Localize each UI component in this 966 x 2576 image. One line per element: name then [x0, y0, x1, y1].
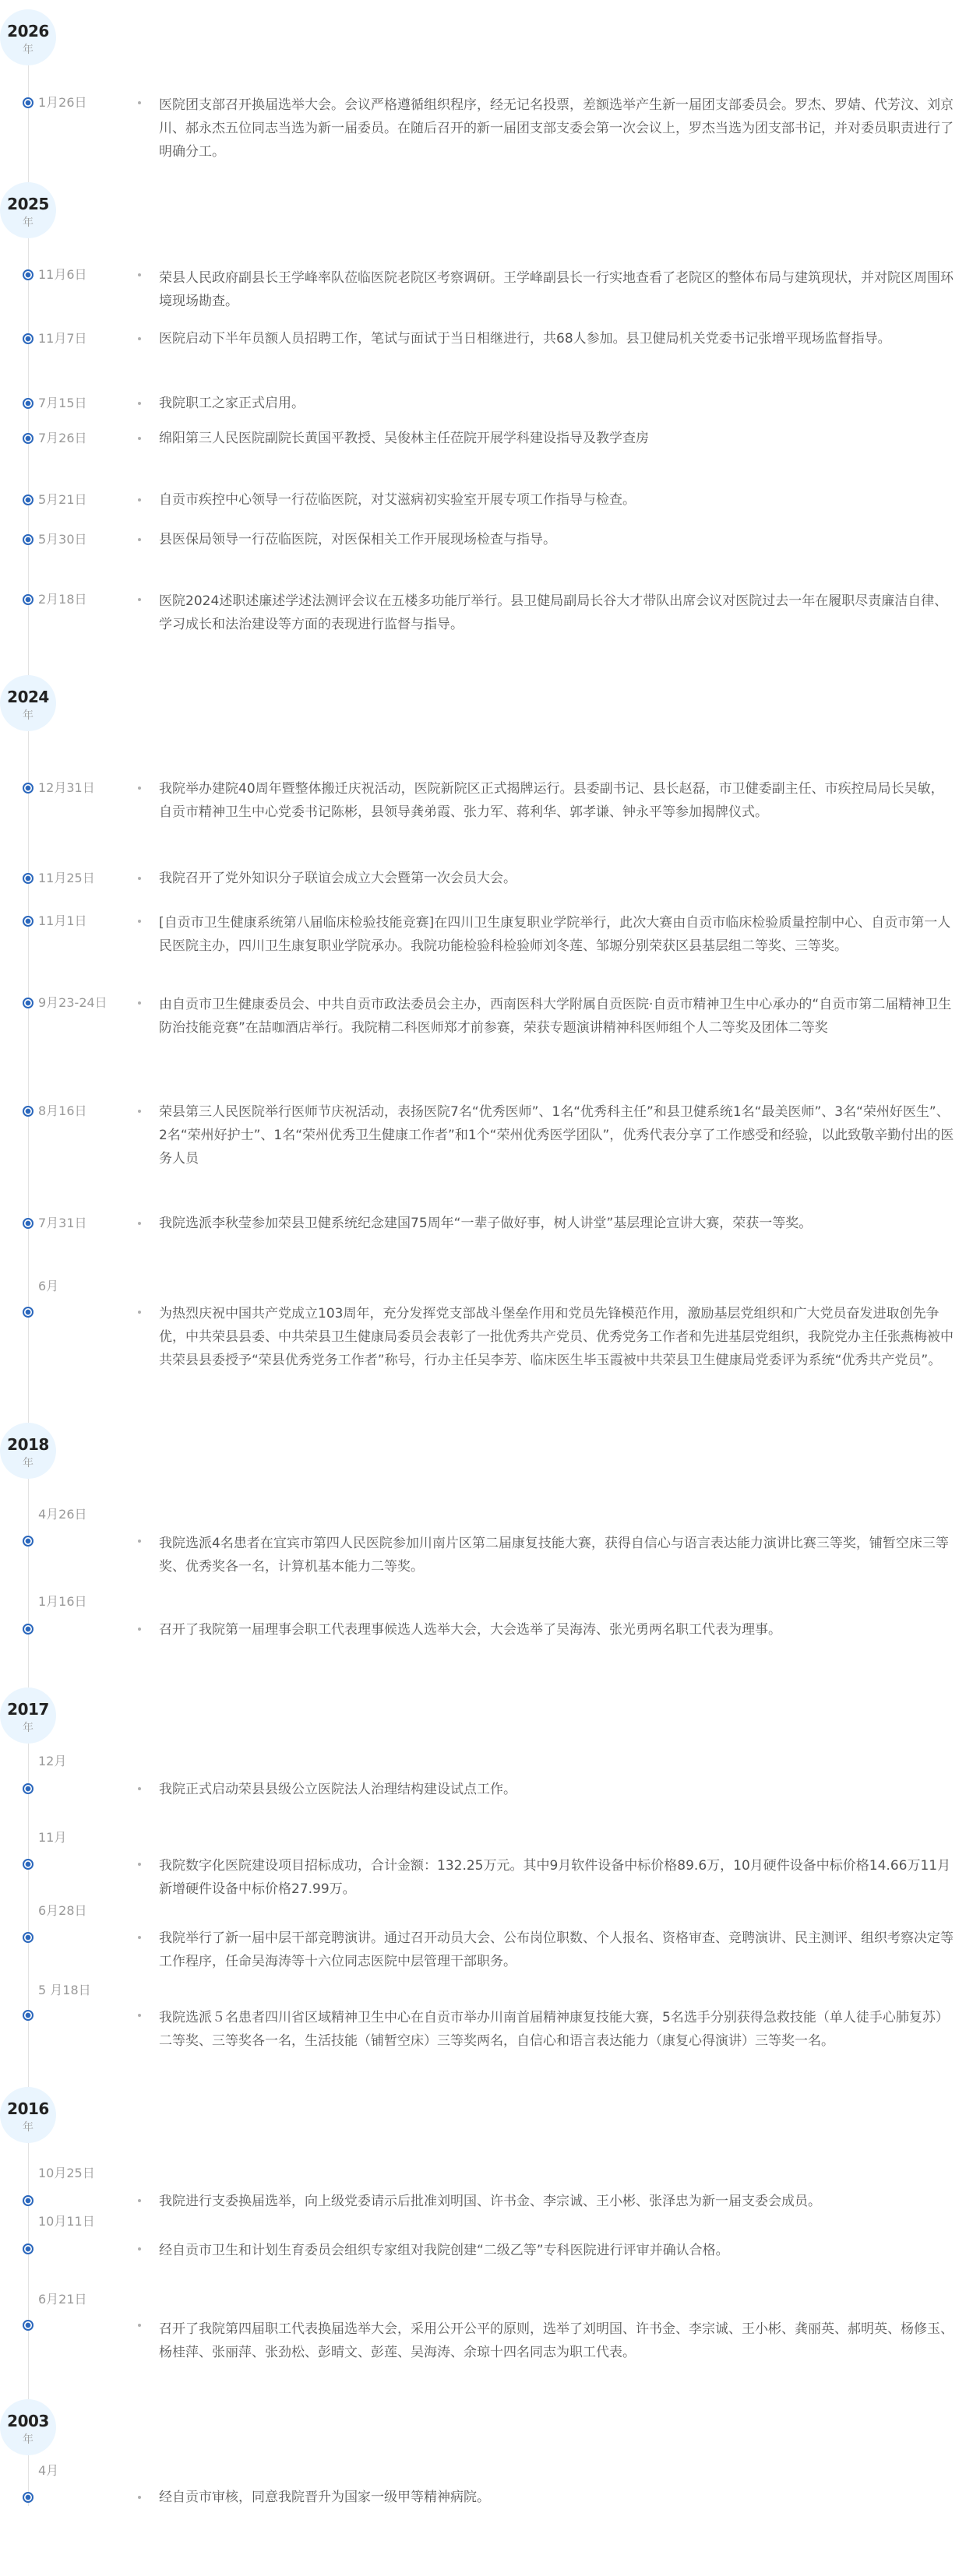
event-description: 我院职工之家正式启用。: [159, 392, 955, 415]
bullet-icon: [138, 1311, 141, 1314]
event-date: 12月31日: [38, 780, 95, 796]
bullet-icon: [138, 787, 141, 790]
bullet-icon: [138, 1001, 141, 1005]
event-description: 我院举办建院40周年暨整体搬迁庆祝活动，医院新院区正式揭牌运行。县委副书记、县长…: [159, 777, 955, 824]
year-badge: 2017 年: [0, 1687, 56, 1744]
event-date: 10月11日: [38, 2214, 95, 2229]
event-date: 7月15日: [38, 396, 87, 411]
year-unit: 年: [0, 42, 56, 58]
year-number: 2024: [0, 688, 56, 706]
bullet-icon: [138, 877, 141, 880]
bullet-icon: [138, 1936, 141, 1939]
event-description: 经自贡市审核，同意我院晋升为国家一级甲等精神病院。: [159, 2486, 955, 2509]
year-unit: 年: [0, 708, 56, 723]
event-date: 4月: [38, 2463, 58, 2479]
event-date: 11月: [38, 1830, 66, 1846]
event-description: 医院团支部召开换届选举大会。会议严格遵循组织程序，经无记名投票，差额选举产生新一…: [159, 93, 955, 164]
timeline-dot-icon: [23, 594, 33, 605]
event-date: 11月25日: [38, 871, 95, 886]
year-badge: 2003 年: [0, 2399, 56, 2455]
event-date: 5月30日: [38, 532, 87, 547]
event-date: 6月21日: [38, 2292, 87, 2307]
timeline-dot-icon: [23, 398, 33, 409]
timeline-dot-icon: [23, 1106, 33, 1117]
event-description: 我院进行支委换届选举，向上级党委请示后批准刘明国、许书金、李宗诚、王小彬、张泽忠…: [159, 2190, 955, 2213]
event-description: 召开了我院第一届理事会职工代表理事候选人选举大会，大会选举了吴海涛、张光勇两名职…: [159, 1618, 955, 1642]
event-date: 1月16日: [38, 1594, 87, 1610]
year-badge: 2024 年: [0, 675, 56, 731]
event-description: 医院启动下半年员额人员招聘工作，笔试与面试于当日相继进行，共68人参加。县卫健局…: [159, 327, 955, 350]
event-date: 7月31日: [38, 1216, 87, 1231]
event-date: 12月: [38, 1754, 66, 1769]
event-description: 我院召开了党外知识分子联谊会成立大会暨第一次会员大会。: [159, 867, 955, 890]
bullet-icon: [138, 437, 141, 440]
year-number: 2025: [0, 195, 56, 213]
event-description: 我院选派５名患者四川省区域精神卫生中心在自贡市举办川南首届精神康复技能大赛，5名…: [159, 2006, 955, 2053]
timeline-dot-icon: [23, 1218, 33, 1229]
event-date: 6月: [38, 1279, 58, 1294]
event-description: 我院选派4名患者在宜宾市第四人民医院参加川南片区第二届康复技能大赛，获得自信心与…: [159, 1532, 955, 1578]
bullet-icon: [138, 1863, 141, 1866]
timeline-dot-icon: [23, 916, 33, 927]
event-description: 自贡市疾控中心领导一行莅临医院，对艾滋病初实验室开展专项工作指导与检查。: [159, 488, 955, 512]
timeline-dot-icon: [23, 2492, 33, 2503]
timeline-dot-icon: [23, 783, 33, 794]
event-date: 9月23-24日: [38, 995, 108, 1011]
event-description: 由自贡市卫生健康委员会、中共自贡市政法委员会主办，西南医科大学附属自贡医院·自贡…: [159, 993, 955, 1040]
event-date: 5 月18日: [38, 1983, 91, 1998]
event-description: 绵阳第三人民医院副院长黄国平教授、吴俊林主任莅院开展学科建设指导及教学查房: [159, 427, 955, 450]
bullet-icon: [138, 1628, 141, 1631]
timeline-dot-icon: [23, 333, 33, 344]
year-badge: 2018 年: [0, 1423, 56, 1479]
year-badge: 2026 年: [0, 9, 56, 65]
bullet-icon: [138, 1110, 141, 1113]
timeline-dot-icon: [23, 1536, 33, 1547]
event-description: 为热烈庆祝中国共产党成立103周年，充分发挥党支部战斗堡垒作用和党员先锋模范作用…: [159, 1302, 955, 1372]
year-number: 2003: [0, 2412, 56, 2430]
year-number: 2016: [0, 2099, 56, 2118]
event-description: 荣县人民政府副县长王学峰率队莅临医院老院区考察调研。王学峰副县长一行实地查看了老…: [159, 266, 955, 313]
timeline-dot-icon: [23, 998, 33, 1008]
bullet-icon: [138, 402, 141, 405]
timeline-dot-icon: [23, 1307, 33, 1318]
bullet-icon: [138, 598, 141, 601]
bullet-icon: [138, 337, 141, 340]
event-date: 10月25日: [38, 2166, 95, 2181]
timeline-dot-icon: [23, 269, 33, 280]
event-description: 召开了我院第四届职工代表换届选举大会，采用公开公平的原则，选举了刘明国、许书金、…: [159, 2317, 955, 2364]
year-number: 2017: [0, 1700, 56, 1719]
timeline-dot-icon: [23, 2320, 33, 2331]
year-unit: 年: [0, 1720, 56, 1736]
event-date: 4月26日: [38, 1507, 87, 1522]
year-unit: 年: [0, 2120, 56, 2135]
event-description: 我院数字化医院建设项目招标成功，合计金额：132.25万元。其中9月软件设备中标…: [159, 1854, 955, 1901]
timeline-dot-icon: [23, 433, 33, 444]
event-description: [自贡市卫生健康系统第八届临床检验技能竞赛]在四川卫生康复职业学院举行，此次大赛…: [159, 911, 955, 958]
event-description: 我院正式启动荣县县级公立医院法人治理结构建设试点工作。: [159, 1778, 955, 1801]
year-unit: 年: [0, 1455, 56, 1471]
timeline-dot-icon: [23, 1624, 33, 1635]
timeline-dot-icon: [23, 2243, 33, 2254]
bullet-icon: [138, 2324, 141, 2327]
year-unit: 年: [0, 2432, 56, 2448]
year-unit: 年: [0, 215, 56, 231]
timeline-dot-icon: [23, 1859, 33, 1870]
bullet-icon: [138, 2199, 141, 2202]
timeline-dot-icon: [23, 2195, 33, 2206]
timeline-dot-icon: [23, 534, 33, 545]
event-date: 1月26日: [38, 95, 87, 111]
bullet-icon: [138, 101, 141, 104]
timeline-dot-icon: [23, 873, 33, 884]
bullet-icon: [138, 1540, 141, 1543]
event-description: 我院举行了新一届中层干部竞聘演讲。通过召开动员大会、公布岗位职数、个人报名、资格…: [159, 1927, 955, 1973]
year-badge: 2016 年: [0, 2087, 56, 2143]
timeline-dot-icon: [23, 494, 33, 505]
bullet-icon: [138, 538, 141, 541]
event-description: 县医保局领导一行莅临医院，对医保相关工作开展现场检查与指导。: [159, 528, 955, 551]
year-number: 2026: [0, 22, 56, 40]
event-date: 5月21日: [38, 492, 87, 508]
event-date: 6月28日: [38, 1903, 87, 1919]
event-date: 8月16日: [38, 1103, 87, 1119]
bullet-icon: [138, 1787, 141, 1790]
event-description: 医院2024述职述廉述学述法测评会议在五楼多功能厅举行。县卫健局副局长谷大才带队…: [159, 589, 955, 636]
timeline-dot-icon: [23, 1783, 33, 1794]
event-description: 我院选派李秋莹参加荣县卫健系统纪念建国75周年“一辈子做好事，树人讲堂”基层理论…: [159, 1212, 955, 1235]
bullet-icon: [138, 2014, 141, 2017]
bullet-icon: [138, 498, 141, 501]
event-date: 11月7日: [38, 331, 87, 347]
event-date: 11月1日: [38, 913, 87, 929]
timeline-dot-icon: [23, 2010, 33, 2021]
event-description: 荣县第三人民医院举行医师节庆祝活动，表扬医院7名“优秀医师”、1名“优秀科主任”…: [159, 1100, 955, 1170]
bullet-icon: [138, 920, 141, 923]
bullet-icon: [138, 2247, 141, 2250]
bullet-icon: [138, 2496, 141, 2499]
year-badge: 2025 年: [0, 182, 56, 238]
bullet-icon: [138, 1222, 141, 1225]
timeline-dot-icon: [23, 1932, 33, 1943]
event-date: 7月26日: [38, 431, 87, 446]
event-description: 经自贡市卫生和计划生育委员会组织专家组对我院创建“二级乙等”专科医院进行评审并确…: [159, 2239, 955, 2262]
year-number: 2018: [0, 1435, 56, 1454]
bullet-icon: [138, 273, 141, 276]
history-timeline-page: 2026 年 1月26日 医院团支部召开换届选举大会。会议严格遵循组织程序，经无…: [0, 0, 966, 2576]
event-date: 11月6日: [38, 267, 87, 283]
event-date: 2月18日: [38, 592, 87, 607]
timeline-dot-icon: [23, 97, 33, 108]
